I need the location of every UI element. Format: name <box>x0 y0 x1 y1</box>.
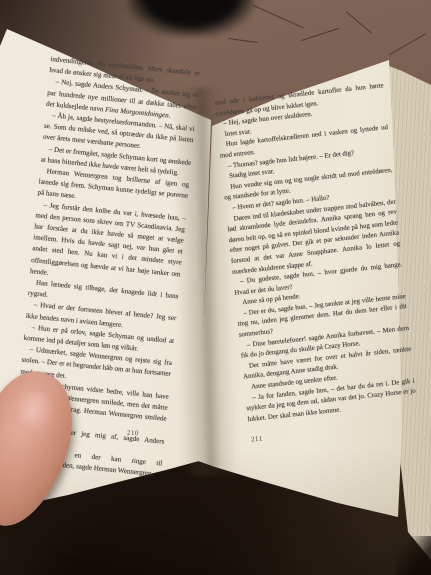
thumb-nail <box>6 385 60 443</box>
wood-scratch <box>346 11 373 34</box>
wood-scratch <box>252 5 304 29</box>
dark-object-on-table <box>128 0 254 36</box>
right-page-text: stod ude i køkkenet og skrællede kartofl… <box>214 81 417 425</box>
wood-scratch <box>228 38 258 43</box>
wood-scratch <box>301 28 339 41</box>
table-corner-shadow <box>396 536 431 575</box>
paragraph: – Jeg forstår den knibe du var i, hvæsed… <box>30 199 187 291</box>
page-number-right: 211 <box>251 435 263 444</box>
page-number-left: 210 <box>127 429 139 437</box>
wood-scratch <box>389 34 426 56</box>
book-photo: indvendingerne fra ejerfamilien. Mere sk… <box>0 0 431 575</box>
